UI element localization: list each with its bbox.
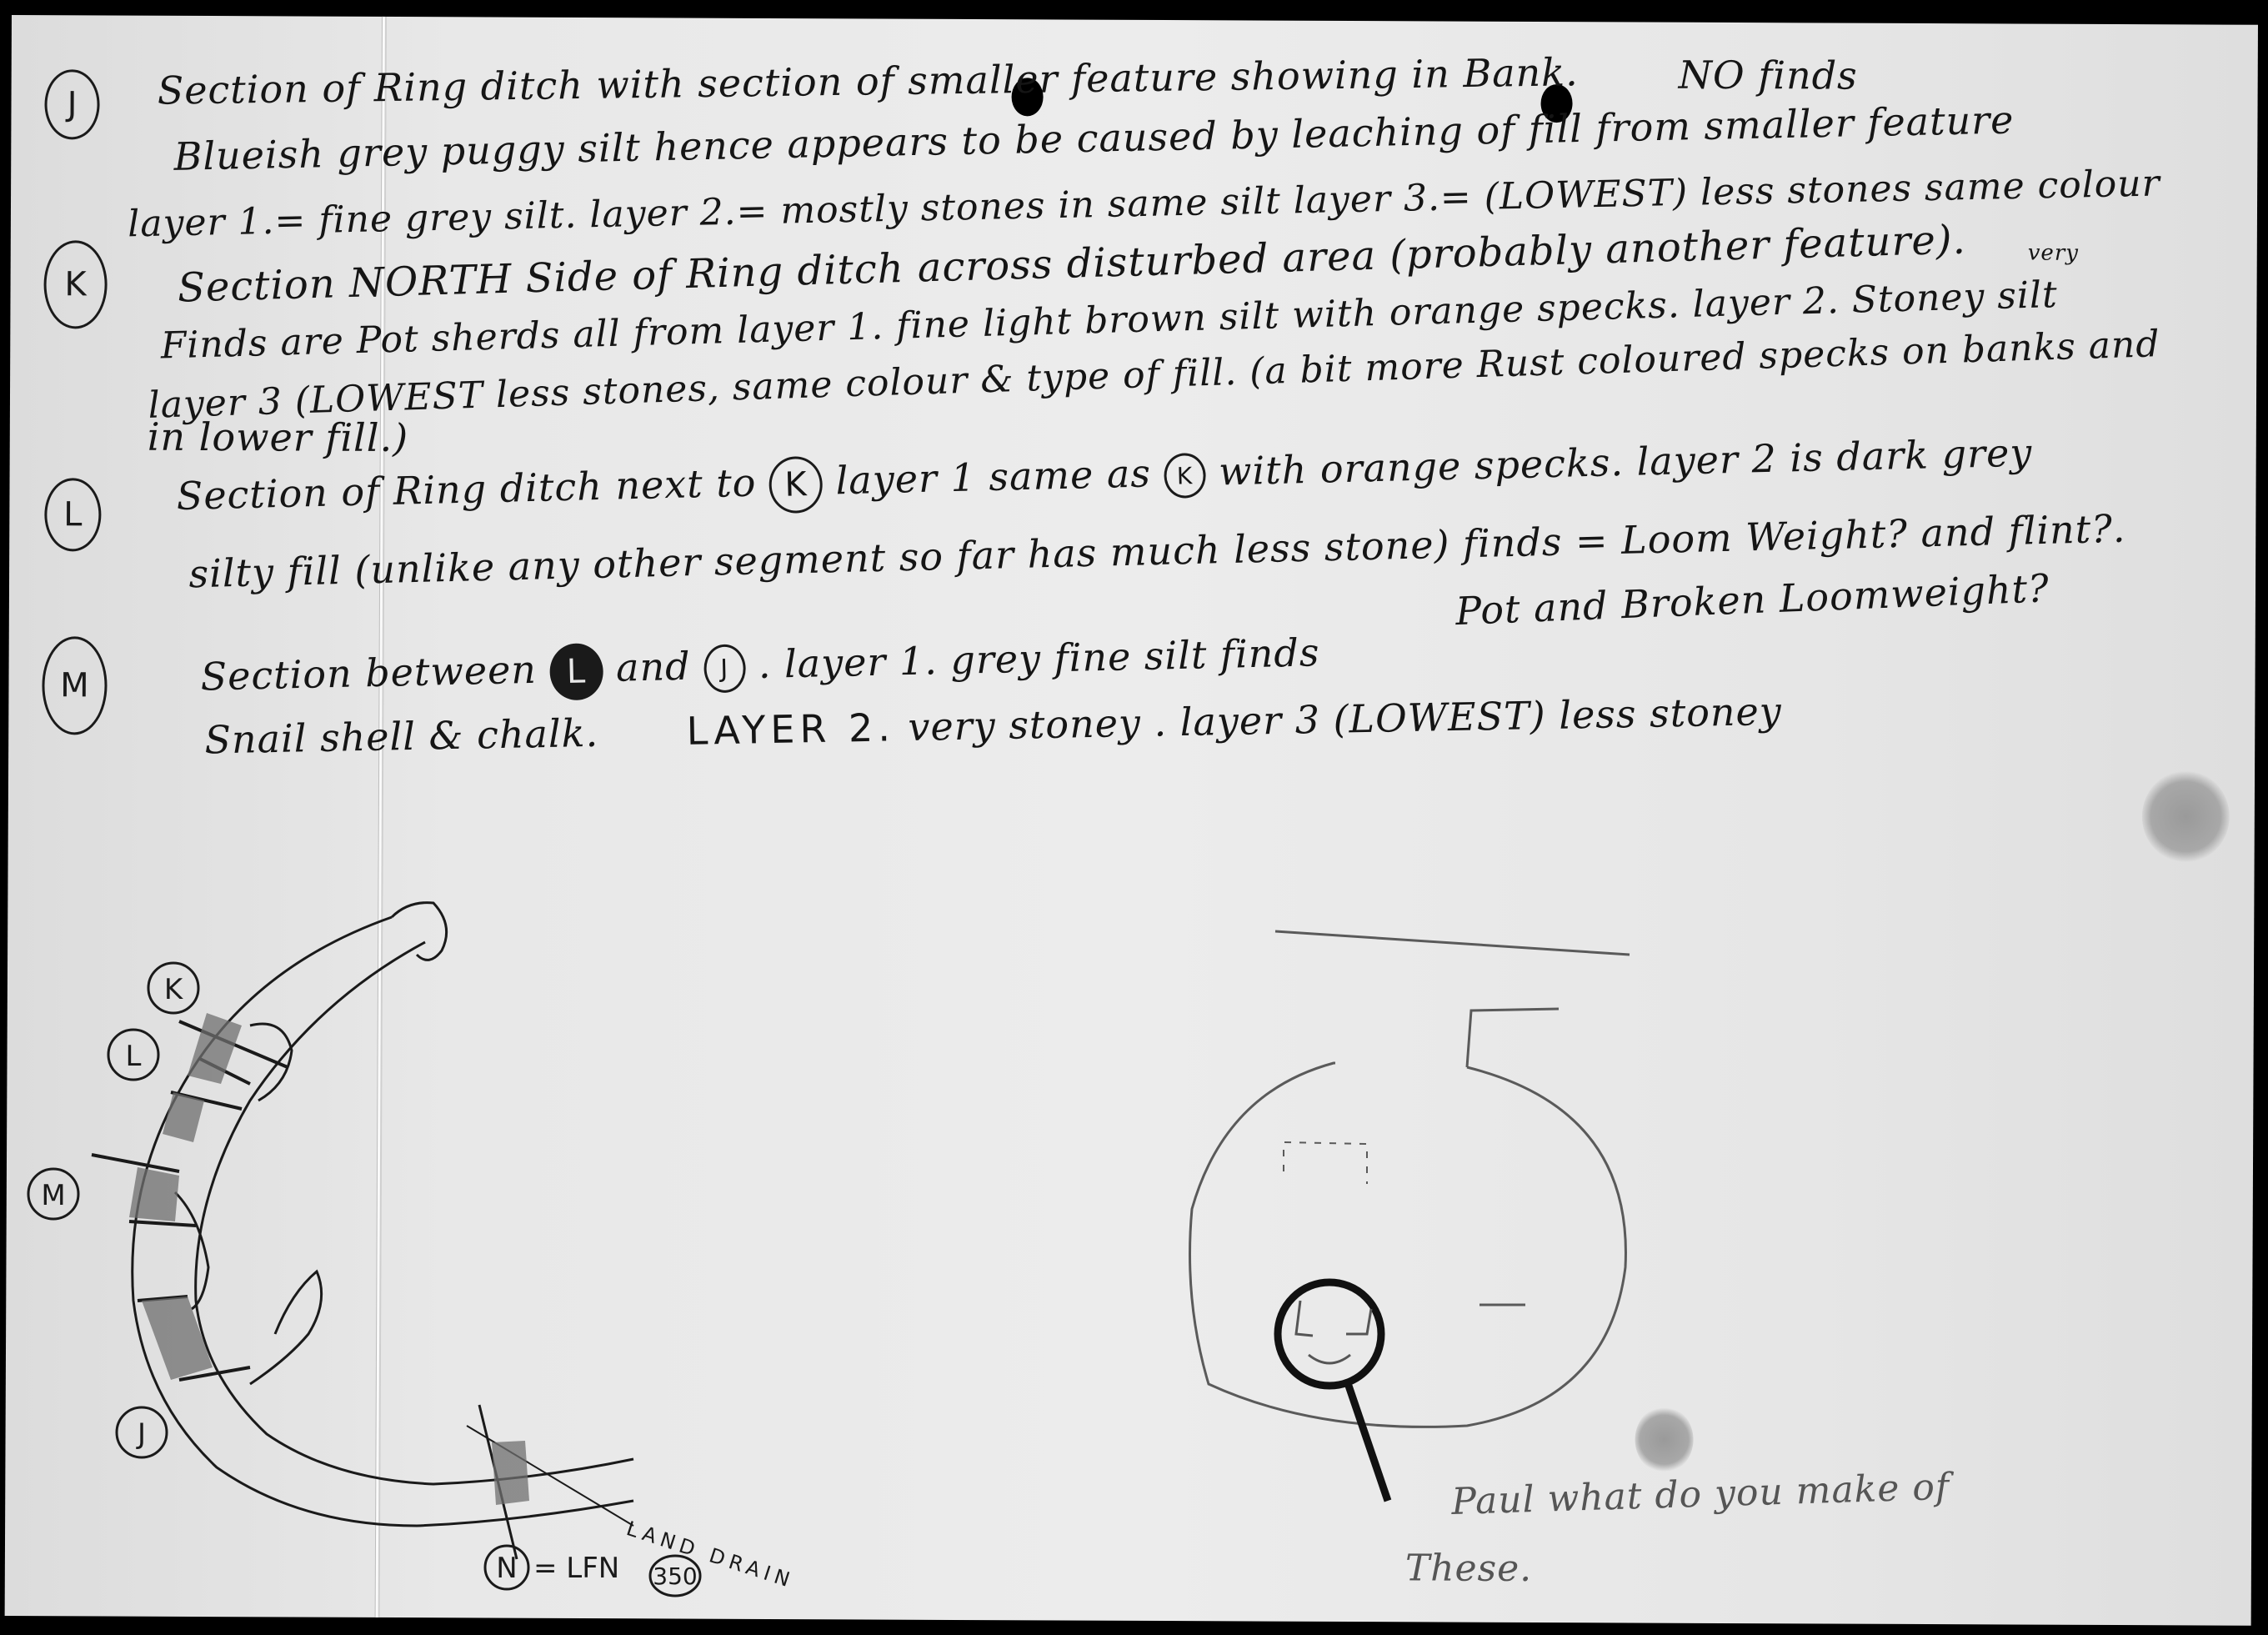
map-label-n: N xyxy=(496,1552,517,1585)
map-label-j: J xyxy=(136,1417,146,1451)
pencil-doodle xyxy=(1190,931,1630,1427)
lfn-number: 350 xyxy=(653,1562,697,1590)
lfn-text: = LFN xyxy=(533,1552,619,1585)
map-label-m: M xyxy=(41,1179,65,1212)
sketch-map-labels: K L M J N = LFN 350 LAND DRAIN xyxy=(28,963,798,1596)
face-doodle xyxy=(1278,1282,1388,1501)
drawings-layer: K L M J N = LFN 350 LAND DRAIN xyxy=(0,0,2268,1635)
map-label-k: K xyxy=(164,973,184,1006)
shaded-segments xyxy=(129,1013,529,1505)
map-label-l: L xyxy=(126,1040,142,1073)
land-drain-label: LAND DRAIN xyxy=(623,1517,797,1593)
